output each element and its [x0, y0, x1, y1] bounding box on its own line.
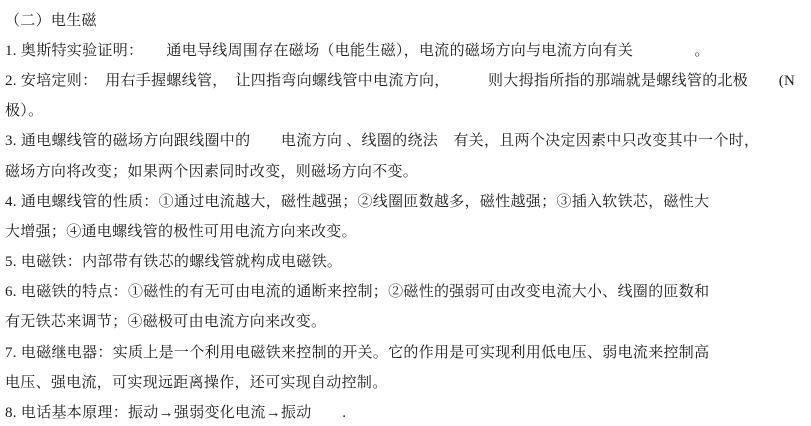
text-line-relay-definition: 7. 电磁继电器：实质上是一个利用电磁铁来控制的开关。它的作用是可实现利用低电压…: [5, 336, 805, 366]
text-line-solenoid-field-direction: 3. 通电螺线管的磁场方向跟线圈中的 电流方向 、线圈的绕法 有关，且两个决定因…: [5, 125, 805, 155]
text-line-relay-definition-cont: 电压、强电流，可实现远距离操作，还可实现自动控制。: [5, 366, 805, 396]
text-line-solenoid-properties: 4. 通电螺线管的性质：①通过电流越大，磁性越强；②线圈匝数越多，磁性越强；③插…: [5, 185, 805, 215]
text-line-solenoid-properties-cont: 大增强；④通电螺线管的极性可用电流方向来改变。: [5, 215, 805, 245]
text-line-telephone-principle: 8. 电话基本原理：振动→强弱变化电流→振动 .: [5, 396, 805, 426]
text-line-solenoid-field-direction-cont: 磁场方向将改变；如果两个因素同时改变，则磁场方向不变。: [5, 155, 805, 185]
text-line-oersted-experiment: 1. 奥斯特实验证明： 通电导线周围存在磁场（电能生磁），电流的磁场方向与电流方…: [5, 34, 805, 64]
section-title: （二）电生磁: [5, 4, 805, 34]
text-line-electromagnet-features-cont: 有无铁芯来调节；④磁极可由电流方向来改变。: [5, 306, 805, 336]
text-line-electromagnet-features: 6. 电磁铁的特点：①磁性的有无可由电流的通断来控制；②磁性的强弱可由改变电流大…: [5, 276, 805, 306]
text-line-ampere-rule-cont: 极）。: [5, 95, 805, 125]
text-line-electromagnet-definition: 5. 电磁铁：内部带有铁芯的螺线管就构成电磁铁。: [5, 246, 805, 276]
document-page: （二）电生磁 1. 奥斯特实验证明： 通电导线周围存在磁场（电能生磁），电流的磁…: [0, 0, 811, 426]
text-line-ampere-rule: 2. 安培定则： 用右手握螺线管， 让四指弯向螺线管中电流方向， 则大拇指所指的…: [5, 64, 805, 94]
